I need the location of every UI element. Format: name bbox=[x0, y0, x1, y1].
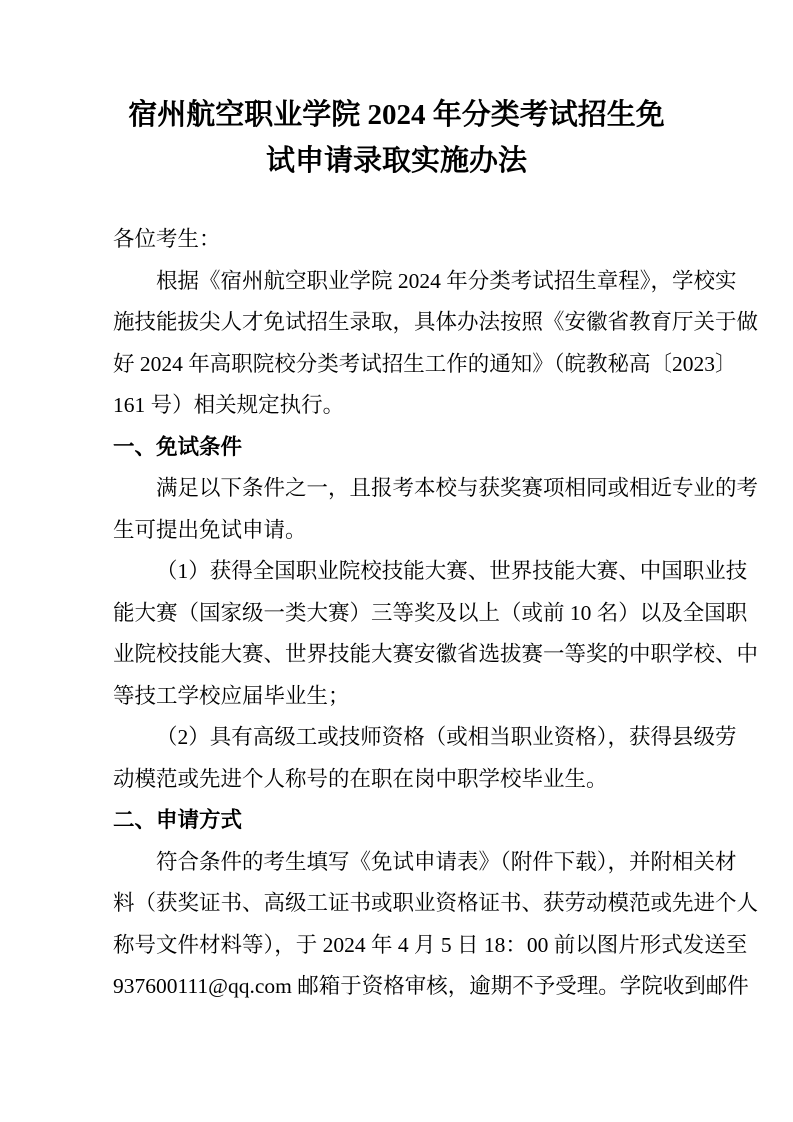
section1-p2-line-3: 业院校技能大赛、世界技能大赛安徽省选拔赛一等奖的中职学校、中 bbox=[113, 634, 681, 676]
section2-p1-line-4: 937600111@qq.com 邮箱于资格审核，逾期不予受理。学院收到邮件 bbox=[113, 966, 681, 1008]
section1-p2-line-1: （1）获得全国职业院校技能大赛、世界技能大赛、中国职业技 bbox=[113, 551, 681, 593]
document-body: 各位考生： 根据《宿州航空职业学院 2024 年分类考试招生章程》，学校实 施技… bbox=[113, 219, 681, 1008]
intro-line-3: 好 2024 年高职院校分类考试招生工作的通知》（皖教秘高〔2023〕 bbox=[113, 344, 681, 386]
document-page: 宿州航空职业学院 2024 年分类考试招生免 试申请录取实施办法 各位考生： 根… bbox=[0, 0, 793, 1122]
section1-p2-line-4: 等技工学校应届毕业生； bbox=[113, 676, 681, 718]
section2-p1-line-3: 称号文件材料等），于 2024 年 4 月 5 日 18：00 前以图片形式发送… bbox=[113, 925, 681, 967]
title-line-2: 试申请录取实施办法 bbox=[56, 138, 737, 184]
salutation: 各位考生： bbox=[113, 219, 681, 261]
section1-p1-line-1: 满足以下条件之一，且报考本校与获奖赛项相同或相近专业的考 bbox=[113, 468, 681, 510]
section1-p2-line-2: 能大赛（国家级一类大赛）三等奖及以上（或前 10 名）以及全国职 bbox=[113, 593, 681, 635]
section1-p3-line-1: （2）具有高级工或技师资格（或相当职业资格），获得县级劳 bbox=[113, 717, 681, 759]
section1-heading: 一、免试条件 bbox=[113, 427, 681, 469]
section1-p3-line-2: 动模范或先进个人称号的在职在岗中职学校毕业生。 bbox=[113, 759, 681, 801]
section2-p1-line-2: 料（获奖证书、高级工证书或职业资格证书、获劳动模范或先进个人 bbox=[113, 883, 681, 925]
section1-p1-line-2: 生可提出免试申请。 bbox=[113, 510, 681, 552]
intro-line-1: 根据《宿州航空职业学院 2024 年分类考试招生章程》，学校实 bbox=[113, 261, 681, 303]
section2-heading: 二、申请方式 bbox=[113, 800, 681, 842]
document-title: 宿州航空职业学院 2024 年分类考试招生免 试申请录取实施办法 bbox=[56, 92, 737, 184]
section2-p1-line-1: 符合条件的考生填写《免试申请表》（附件下载），并附相关材 bbox=[113, 842, 681, 884]
intro-line-4: 161 号）相关规定执行。 bbox=[113, 385, 681, 427]
title-line-1: 宿州航空职业学院 2024 年分类考试招生免 bbox=[56, 92, 737, 138]
intro-line-2: 施技能拔尖人才免试招生录取，具体办法按照《安徽省教育厅关于做 bbox=[113, 302, 681, 344]
